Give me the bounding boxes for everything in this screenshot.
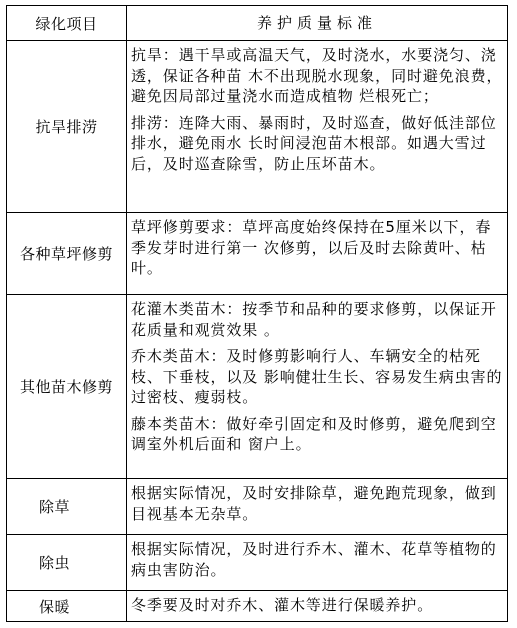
maintenance-standards-table: 绿化项目 养护质量标准 抗旱排涝 抗旱：遇干旱或高温天气，及时浇水，水要浇匀、浇… — [6, 5, 508, 622]
table-row: 除草 根据实际情况，及时安排除草，避免跑荒现象，做到目视基本无杂草。 — [7, 479, 507, 535]
table-row: 除虫 根据实际情况，及时进行乔木、灌木、花草等植物的病虫害防治。 — [7, 535, 507, 591]
table-header-row: 绿化项目 养护质量标准 — [7, 6, 507, 41]
standard-paragraph: 花灌木类苗木：按季节和品种的要求修剪，以保证开花质量和观赏效果 。 — [131, 299, 503, 340]
table-row: 各种草坪修剪 草坪修剪要求：草坪高度始终保持在5厘米以下，春季发芽时进行第一 次… — [7, 213, 507, 295]
row-standard-cell: 花灌木类苗木：按季节和品种的要求修剪，以保证开花质量和观赏效果 。 乔木类苗木：… — [127, 295, 507, 478]
row-standard-cell: 冬季要及时对乔木、灌木等进行保暖养护。 — [127, 591, 507, 621]
standard-paragraph: 冬季要及时对乔木、灌木等进行保暖养护。 — [131, 595, 503, 616]
row-standard-cell: 根据实际情况，及时安排除草，避免跑荒现象，做到目视基本无杂草。 — [127, 479, 507, 534]
row-item-label: 保暖 — [7, 591, 127, 621]
row-item-label: 抗旱排涝 — [7, 41, 127, 212]
row-item-label: 其他苗木修剪 — [7, 295, 127, 478]
standard-paragraph: 草坪修剪要求：草坪高度始终保持在5厘米以下，春季发芽时进行第一 次修剪，以后及时… — [131, 217, 503, 279]
standard-paragraph: 根据实际情况，及时安排除草，避免跑荒现象，做到目视基本无杂草。 — [131, 483, 503, 524]
standard-paragraph: 抗旱：遇干旱或高温天气，及时浇水，水要浇匀、浇透，保证各种苗 木不出现脱水现象，… — [131, 45, 503, 107]
header-standard-column: 养护质量标准 — [127, 6, 507, 40]
row-item-label: 各种草坪修剪 — [7, 213, 127, 294]
table-row: 抗旱排涝 抗旱：遇干旱或高温天气，及时浇水，水要浇匀、浇透，保证各种苗 木不出现… — [7, 41, 507, 213]
standard-paragraph: 根据实际情况，及时进行乔木、灌木、花草等植物的病虫害防治。 — [131, 539, 503, 580]
row-standard-cell: 抗旱：遇干旱或高温天气，及时浇水，水要浇匀、浇透，保证各种苗 木不出现脱水现象，… — [127, 41, 507, 212]
table-row: 其他苗木修剪 花灌木类苗木：按季节和品种的要求修剪，以保证开花质量和观赏效果 。… — [7, 295, 507, 479]
header-item-column: 绿化项目 — [7, 6, 127, 40]
row-item-label: 除草 — [7, 479, 127, 534]
standard-paragraph: 乔木类苗木：及时修剪影响行人、车辆安全的枯死枝、下垂枝，以及 影响健壮生长、容易… — [131, 346, 503, 408]
row-item-label: 除虫 — [7, 535, 127, 590]
standard-paragraph: 藤本类苗木：做好牵引固定和及时修剪，避免爬到空调室外机后面和 窗户上。 — [131, 414, 503, 455]
row-item-text: 保暖 — [39, 596, 94, 617]
row-standard-cell: 草坪修剪要求：草坪高度始终保持在5厘米以下，春季发芽时进行第一 次修剪，以后及时… — [127, 213, 507, 294]
table-row: 保暖 冬季要及时对乔木、灌木等进行保暖养护。 — [7, 591, 507, 621]
row-item-text: 除草 — [39, 496, 94, 517]
row-standard-cell: 根据实际情况，及时进行乔木、灌木、花草等植物的病虫害防治。 — [127, 535, 507, 590]
row-item-text: 除虫 — [39, 552, 94, 573]
standard-paragraph: 排涝：连降大雨、暴雨时，及时巡查，做好低洼部位排水，避免雨水 长时间浸泡苗木根部… — [131, 113, 503, 175]
